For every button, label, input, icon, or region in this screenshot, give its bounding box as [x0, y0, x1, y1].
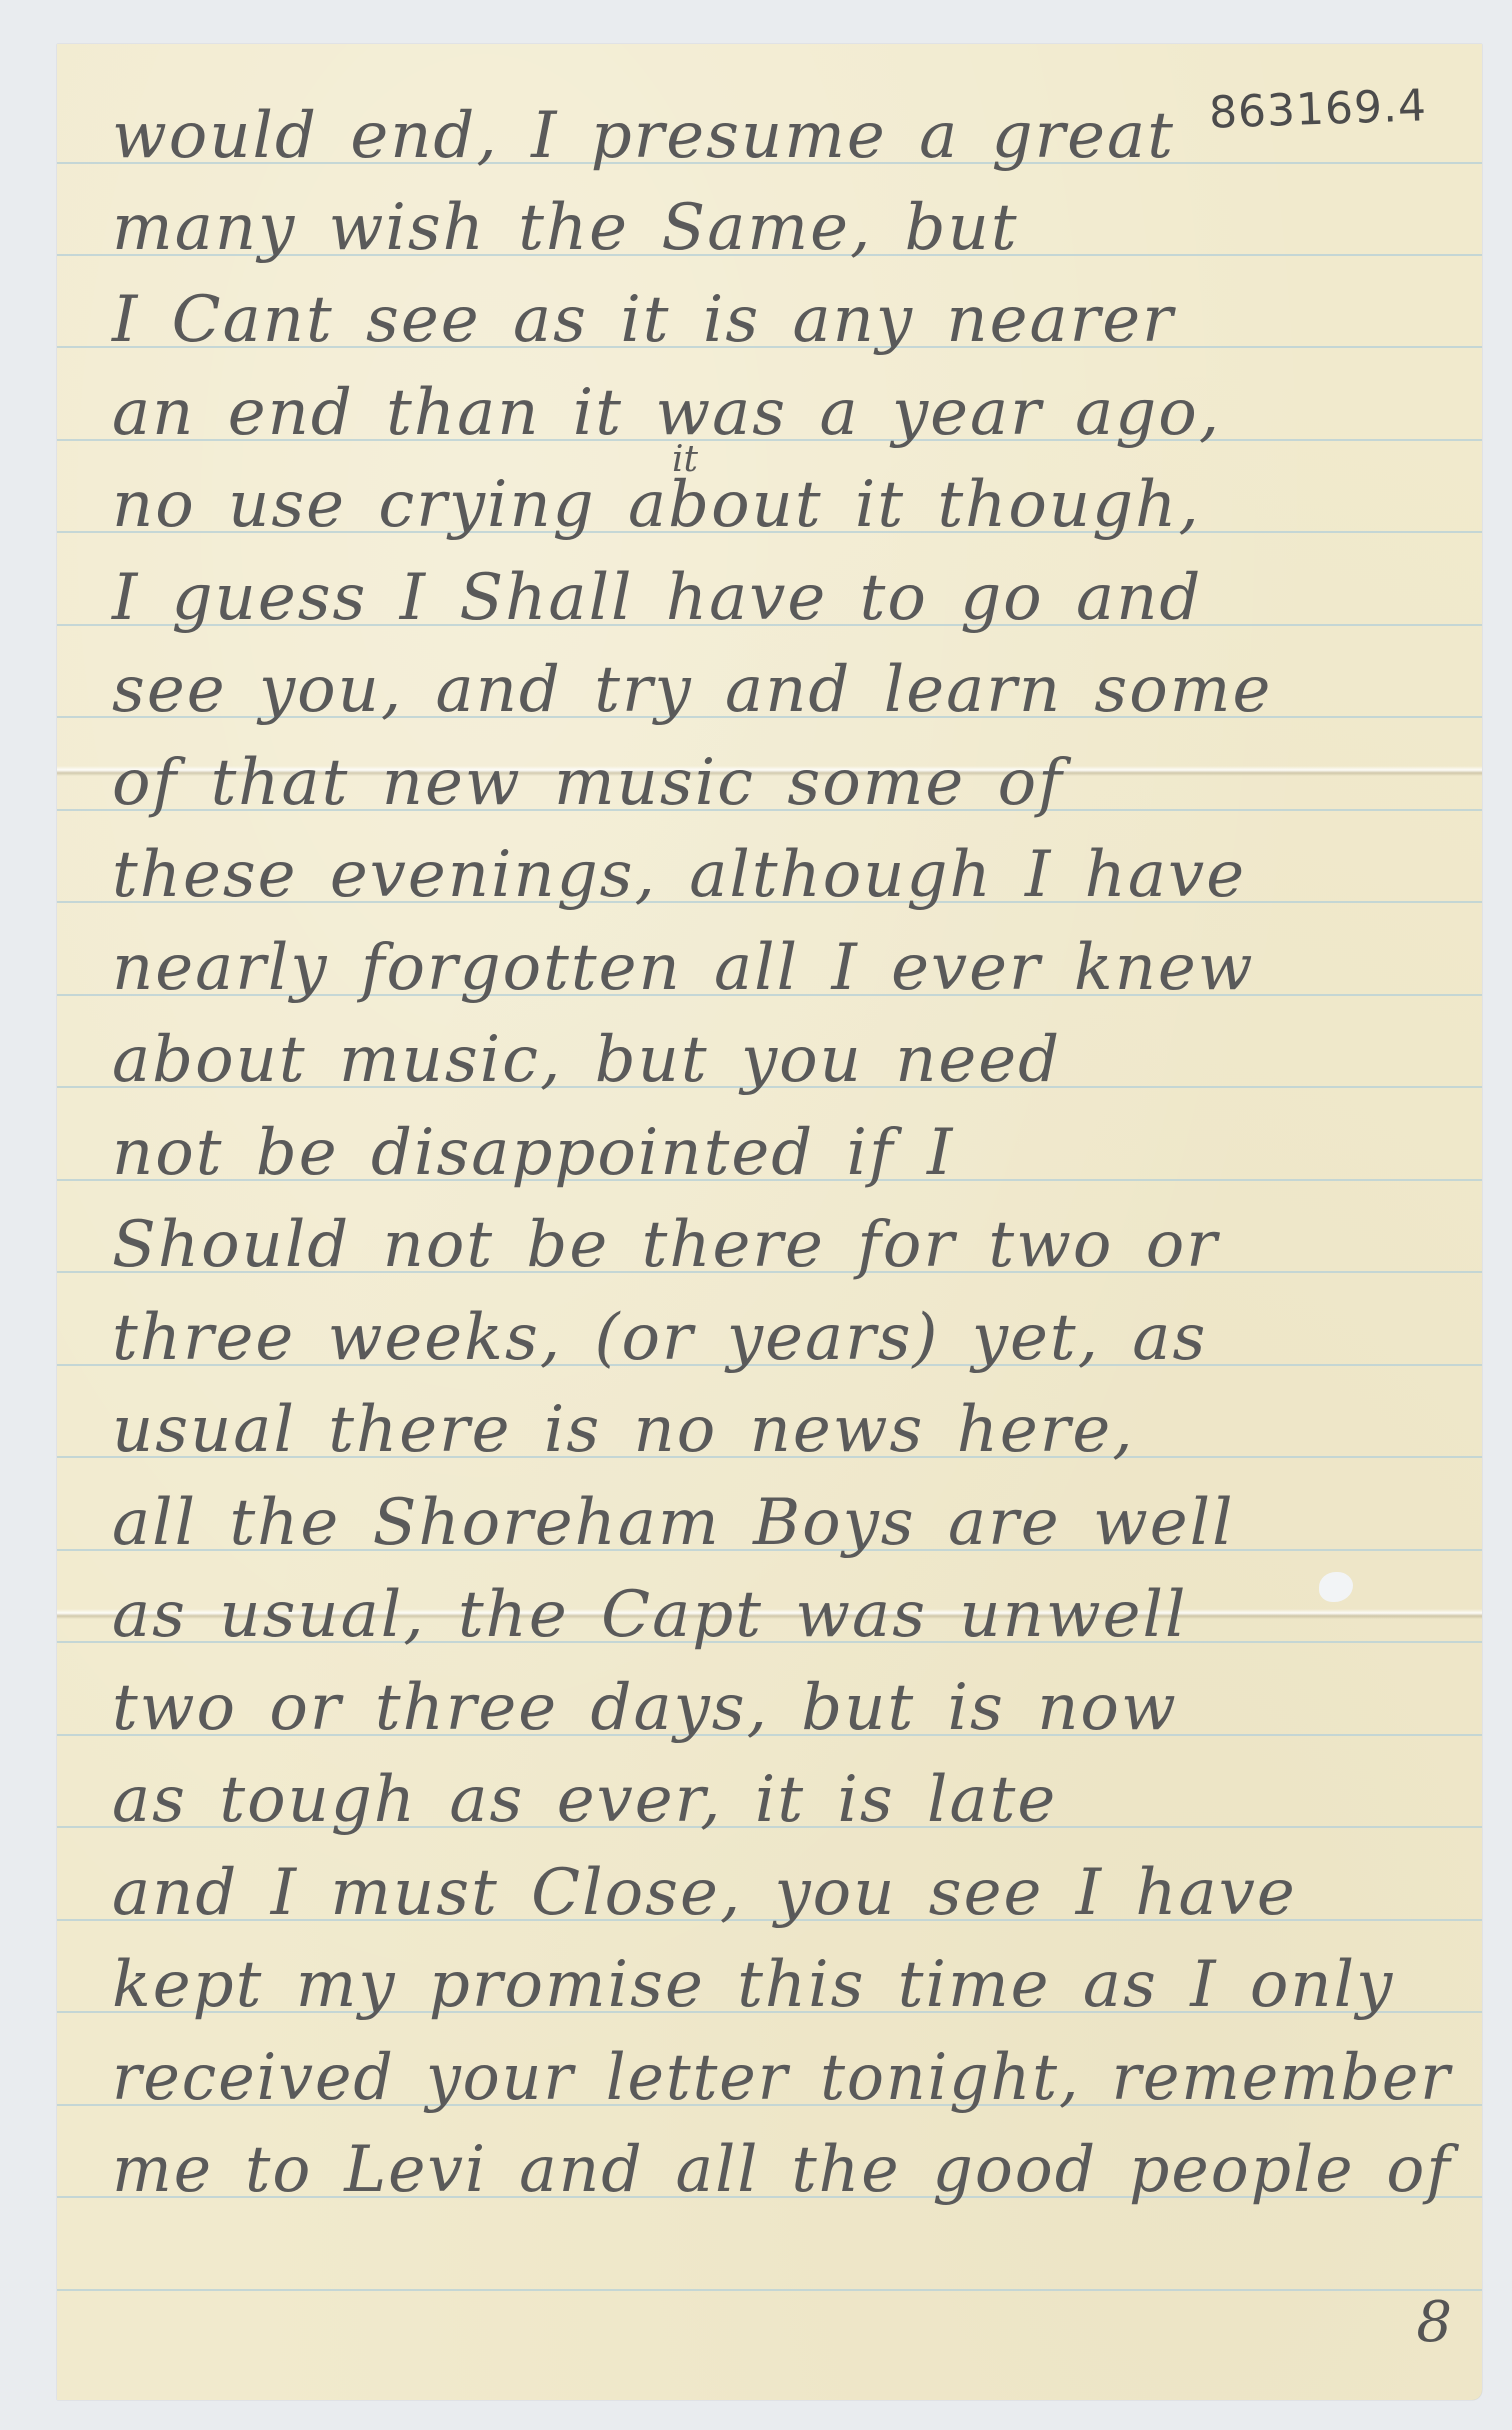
letter-line: as usual, the Capt was unwell [112, 1583, 1452, 1647]
letter-line: these evenings, although I have [112, 843, 1452, 907]
letter-line: an end than it was a year ago, [112, 381, 1452, 445]
letter-line: I guess I Shall have to go and [112, 566, 1452, 630]
letter-line: Should not be there for two or [112, 1213, 1452, 1277]
page-number: 8 [1416, 2290, 1452, 2355]
letter-paper: ​ 863169.4 would end, I presume a great … [57, 44, 1482, 2400]
inserted-word: it [672, 439, 698, 480]
letter-line: no use crying about it though, [112, 473, 1452, 537]
letter-line: as tough as ever, it is late [112, 1768, 1452, 1832]
letter-line: about music, but you need [112, 1028, 1452, 1092]
letter-line: see you, and try and learn some [112, 658, 1452, 722]
letter-line: kept my promise this time as I only [112, 1953, 1452, 2017]
letter-line: nearly forgotten all I ever knew [112, 936, 1452, 1000]
letter-line: of that new music some of [112, 751, 1452, 815]
letter-line: all the Shoreham Boys are well [112, 1491, 1452, 1555]
letter-line: me to Levi and all the good people of [112, 2138, 1433, 2202]
letter-line: many wish the Same, but [112, 196, 1452, 260]
letter-line: I Cant see as it is any nearer [112, 288, 1452, 352]
letter-line: received your letter tonight, remember [112, 2046, 1402, 2110]
letter-line: usual there is no news here, [112, 1398, 1452, 1462]
letter-line: three weeks, (or years) yet, as [112, 1306, 1452, 1370]
letter-line: and I must Close, you see I have [112, 1861, 1452, 1925]
letter-line: would end, I presume a great [112, 104, 1452, 168]
letter-line: two or three days, but is now [112, 1676, 1452, 1740]
letter-body: would end, I presume a great many wish t… [57, 44, 1482, 2400]
letter-line: not be disappointed if I [112, 1121, 1452, 1185]
